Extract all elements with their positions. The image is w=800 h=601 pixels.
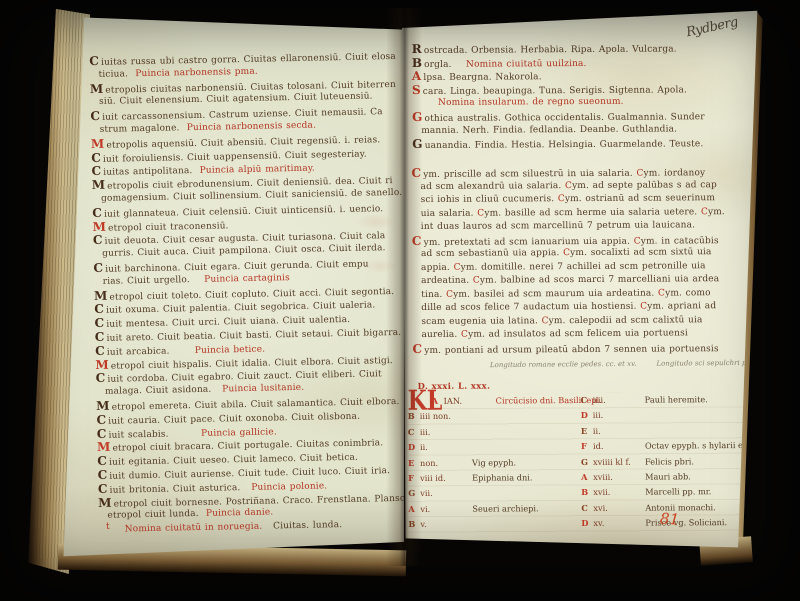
- dominical-letter: F: [408, 471, 420, 486]
- calendar-row: Gvii.: [408, 485, 581, 501]
- manuscript-line: ardeatina. Cym. balbine ad scos marci 7 …: [412, 273, 752, 289]
- calendar-row: Gxviiii kl f.Felicis pbri.: [581, 454, 754, 470]
- manuscript-line: Cym. priscille ad scm siluestrū in uia s…: [411, 165, 751, 181]
- calendar-row: Bxvii.Marcelli pp. mr.: [581, 484, 754, 500]
- calendar-numeral: viii id.: [420, 471, 472, 487]
- right-page-cemetery-list: Cym. priscille ad scm siluestrū in uia s…: [411, 165, 752, 356]
- left-page-text: Ciuitas russa ubi castro gorra. Ciuitas …: [89, 49, 401, 538]
- dominical-letter: G: [581, 454, 593, 469]
- calendar-numeral: iii.: [593, 408, 645, 424]
- calendar-row: Ciiii.Pauli heremite.: [581, 392, 754, 408]
- calendar-row: Enon.Vig epyph.: [408, 455, 581, 471]
- dominical-letter: C: [581, 393, 593, 408]
- calendar-january: D. xxxi. L. xxx. KLAIAN.Circūcisio dni. …: [408, 379, 755, 533]
- manuscript-line: Guanandia. Findia. Hestia. Helsingia. Gu…: [412, 136, 752, 152]
- dominical-letter: B: [581, 485, 593, 500]
- calendar-numeral: ii.: [420, 440, 472, 456]
- feast-entry: [472, 485, 581, 501]
- folio-number: 81: [659, 509, 679, 528]
- calendar-row: Avi.Seueri archiepi.: [408, 501, 581, 517]
- dominical-letter: A: [581, 470, 593, 485]
- manuscript-line: Gothica australis. Gothica occidentalis.…: [412, 109, 752, 125]
- dominical-letter: F: [581, 439, 593, 454]
- calendar-numeral: vi.: [420, 501, 472, 517]
- calendar-row: Fid.Octav epyph. s hylarii epi.: [581, 438, 754, 454]
- dominical-letter: C: [408, 425, 420, 440]
- calendar-row: Eii.: [581, 423, 754, 439]
- dominical-letter: G: [408, 486, 420, 501]
- calendar-row: Dii.: [408, 439, 581, 455]
- calendar-numeral: xviiii kl f.: [593, 454, 645, 470]
- feast-entry: Seueri archiepi.: [472, 501, 581, 517]
- dominical-letter: E: [581, 424, 593, 439]
- calendar-row: Ciii.: [408, 424, 581, 440]
- calendar-numeral: xviii.: [593, 470, 645, 486]
- calendar-left-column: KLAIAN.Circūcisio dni. Basilii epi.Biiii…: [408, 393, 582, 533]
- manuscript-line: sci iohis in cliuū cucumeris. Cym. ostri…: [412, 192, 752, 208]
- calendar-numeral: xvii.: [593, 485, 645, 501]
- dominical-letter: E: [408, 456, 420, 471]
- calendar-row: Axviii.Mauri abb.: [581, 469, 754, 485]
- calendar-header: D. xxxi. L. xxx.: [418, 379, 754, 391]
- calendar-numeral: non.: [420, 455, 472, 471]
- right-page-city-list: Rostrcada. Orbensia. Herbabia. Ripa. Apo…: [412, 41, 753, 152]
- calendar-numeral: vii.: [420, 486, 472, 502]
- calendar-numeral: v.: [420, 517, 472, 533]
- manuscript-line: uia salaria. Cym. basille ad scm herme u…: [412, 205, 752, 221]
- feast-entry: Marcelli pp. mr.: [645, 484, 754, 500]
- calendar-numeral: iiii non.: [420, 409, 472, 425]
- corner-inscription: Rydberg: [685, 15, 739, 41]
- faint-marginalia: Longitudo romane ecclie pedes. cc. et xv…: [490, 359, 746, 369]
- calendar-row: KLAIAN.Circūcisio dni. Basilii epi.: [408, 393, 581, 409]
- calendar-numeral: iiii.: [593, 393, 645, 409]
- left-page: Ciuitas russa ubi castro gorra. Ciuitas …: [58, 12, 404, 564]
- feast-entry: [472, 408, 581, 424]
- faint-note-right: Longitudo sci sepulchri pedū numero viii…: [656, 358, 800, 367]
- dominical-letter: B: [408, 409, 420, 424]
- feast-entry: Vig epyph.: [472, 455, 581, 471]
- calendar-numeral: xvi.: [593, 500, 645, 516]
- calendar-numeral: ii.: [593, 423, 645, 439]
- feast-entry: [645, 423, 754, 439]
- feast-entry: Mauri abb.: [645, 469, 754, 485]
- dominical-letter: A: [408, 502, 420, 517]
- feast-entry: [472, 516, 581, 532]
- manuscript-line: ad scm sebastianū uia appia. Cym. socali…: [412, 246, 752, 262]
- calendar-numeral: iii.: [420, 424, 472, 440]
- calendar-row: Bv.: [408, 516, 581, 532]
- dominical-letter: D: [581, 516, 593, 531]
- dominical-letter: D: [581, 408, 593, 423]
- calendar-row: Diii.: [581, 407, 754, 423]
- calendar-columns: KLAIAN.Circūcisio dni. Basilii epi.Biiii…: [408, 392, 755, 533]
- manuscript-line: Cym. pontiani ad ursum pileatū abdon 7 s…: [412, 340, 752, 356]
- right-page: Rydberg Rostrcada. Orbensia. Herbabia. R…: [402, 8, 758, 564]
- feast-entry: Felicis pbri.: [645, 454, 754, 470]
- calendar-numeral: IAN.: [444, 394, 496, 410]
- manuscript-photo: Ciuitas russa ubi castro gorra. Ciuitas …: [0, 0, 800, 601]
- manuscript-line: dille ad scos felice 7 audactum uia host…: [412, 300, 752, 316]
- margin-mark: t: [106, 522, 110, 532]
- faint-note-left: Longitudo romane ecclie pedes. cc. et xv…: [490, 360, 637, 369]
- feast-entry: [472, 439, 581, 455]
- calendar-numeral: xv.: [593, 516, 645, 532]
- feast-entry: [645, 407, 754, 423]
- feast-entry: Epiphania dni.: [472, 470, 581, 486]
- feast-entry: Octav epyph. s hylarii epi.: [645, 438, 754, 454]
- manuscript-line: scam eugenia uia latina. Cym. calepodii …: [412, 313, 752, 329]
- dominical-letter: B: [408, 517, 420, 532]
- calendar-row: Biiii non.: [408, 408, 581, 424]
- calendar-numeral: id.: [593, 439, 645, 455]
- feast-entry: [472, 424, 581, 440]
- dominical-letter: D: [408, 440, 420, 455]
- calendar-row: Fviii id.Epiphania dni.: [408, 470, 581, 486]
- feast-entry: Pauli heremite.: [645, 392, 754, 408]
- dominical-letter: C: [581, 501, 593, 516]
